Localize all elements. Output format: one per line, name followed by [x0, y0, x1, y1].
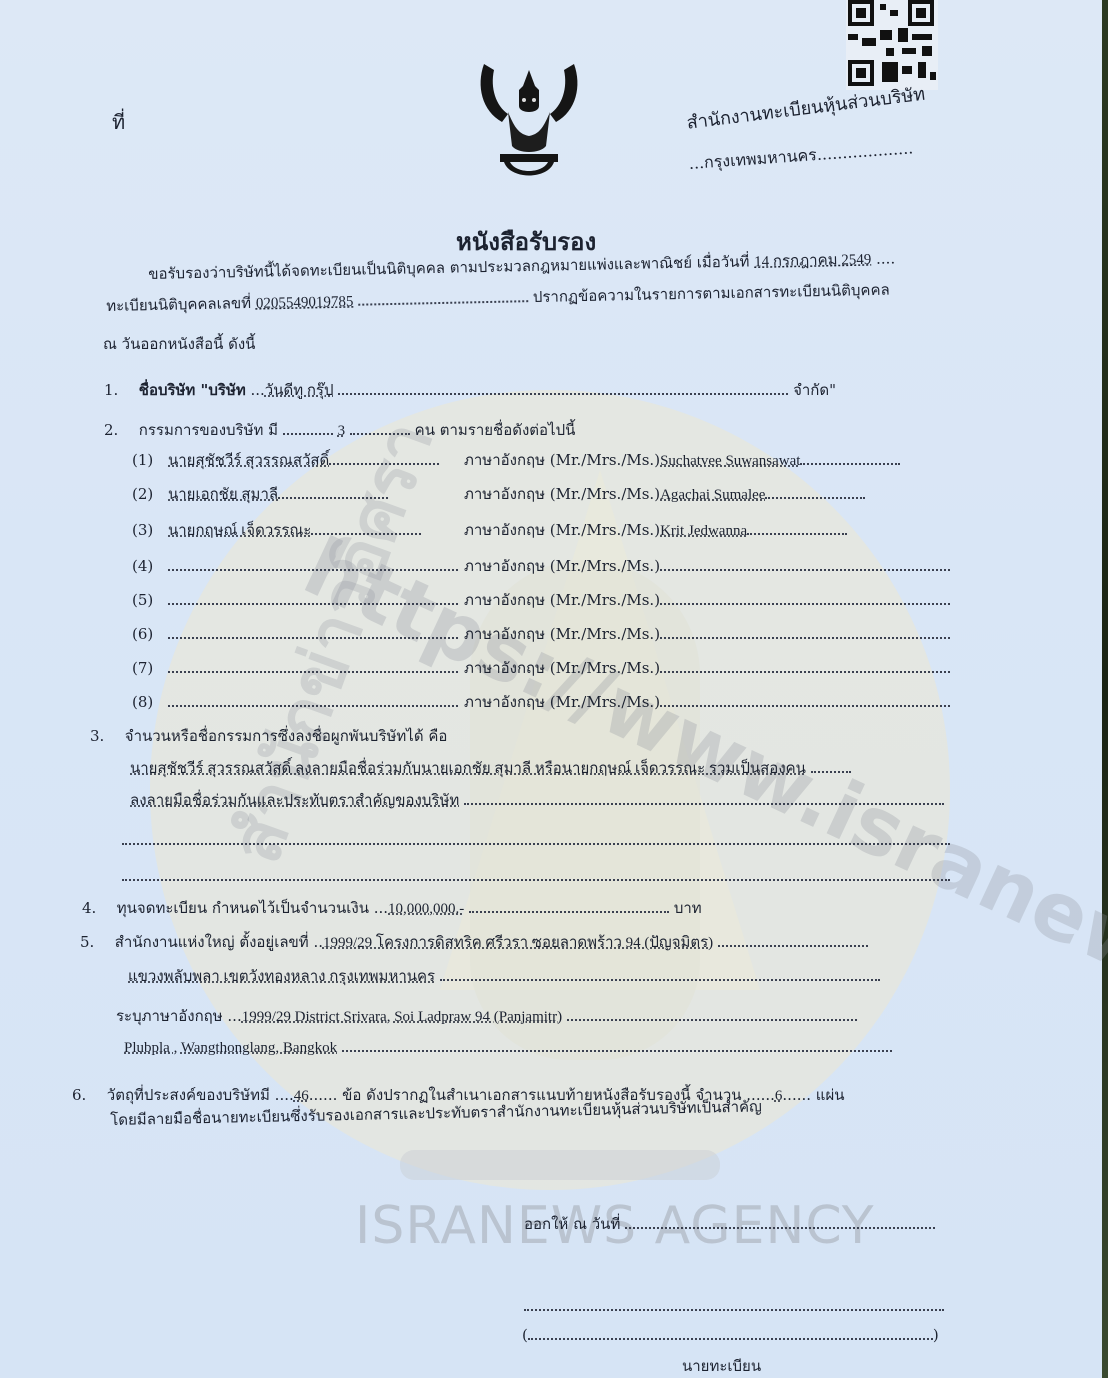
director-row: (8)ภาษาอังกฤษ (Mr./Mrs./Ms.) — [132, 690, 960, 714]
company-name-label: ชื่อบริษัท "บริษัท — [139, 381, 246, 399]
signatory-rule-2: ลงลายมือชื่อร่วมกันและประทับตราสำคัญของบ… — [130, 793, 459, 809]
head-office-label: สำนักงานแห่งใหญ่ ตั้งอยู่เลขที่ — [115, 933, 309, 951]
director-count: 3 — [338, 423, 346, 439]
director-english-name — [660, 625, 960, 644]
director-thai-name: นายเอกชัย สุมาลี — [168, 482, 464, 506]
address-en-row-2: Plubpla , Wangthonglang, Bangkok — [124, 1038, 892, 1057]
item-3-signatory-label: 3. จำนวนหรือชื่อกรรมการซึ่งลงชื่อผูกพันบ… — [90, 724, 447, 748]
registration-number-label: ทะเบียนนิติบุคคลเลขที่ — [106, 294, 251, 315]
company-suffix: จำกัด" — [793, 381, 836, 399]
background-edge — [1102, 0, 1108, 1378]
director-index: (2) — [132, 485, 168, 503]
director-english-name — [660, 693, 960, 712]
director-english-name — [660, 557, 960, 576]
signatory-rule-1: นายสุชัชวีร์ สุวรรณสวัสดิ์ ลงลายมือชื่อร… — [130, 761, 806, 777]
objectives-label: วัตถุที่ประสงค์ของบริษัทมี — [107, 1086, 270, 1104]
director-row: (7)ภาษาอังกฤษ (Mr./Mrs./Ms.) — [132, 656, 960, 680]
item-1-company-name: 1. ชื่อบริษัท "บริษัท ...วันดีทู กรุ๊ป จ… — [104, 378, 836, 402]
registrar-title: นายทะเบียน — [682, 1354, 761, 1378]
director-english-name — [660, 659, 960, 678]
signature-line — [524, 1296, 944, 1315]
attachment-pages: 6 — [775, 1088, 783, 1104]
intro-line-3: ณ วันออกหนังสือนี้ ดังนี้ — [103, 332, 255, 356]
director-english-name: Agachai Sumalee — [660, 485, 960, 504]
director-index: (5) — [132, 591, 168, 609]
english-name-label: ภาษาอังกฤษ (Mr./Mrs./Ms.) — [464, 451, 660, 469]
english-address-label: ระบุภาษาอังกฤษ — [116, 1007, 223, 1025]
director-index: (3) — [132, 521, 168, 539]
director-index: (4) — [132, 557, 168, 575]
director-row: (1)นายสุชัชวีร์ สุวรรณสวัสดิ์ภาษาอังกฤษ … — [132, 448, 960, 472]
watermark-base — [400, 1150, 720, 1180]
director-row: (6)ภาษาอังกฤษ (Mr./Mrs./Ms.) — [132, 622, 960, 646]
director-row: (4)ภาษาอังกฤษ (Mr./Mrs./Ms.) — [132, 554, 960, 578]
director-thai-name — [168, 625, 464, 644]
director-row: (3)นายกฤษณ์ เจ็ดวรรณะภาษาอังกฤษ (Mr./Mrs… — [132, 518, 960, 542]
director-english-name — [660, 591, 960, 610]
capital-unit: บาท — [674, 899, 702, 917]
item-number: 3. — [90, 727, 120, 745]
director-index: (1) — [132, 451, 168, 469]
director-english-name: Suchatvee Suwansawat — [660, 451, 960, 470]
address-th-line-1: 1999/29 โครงการดิสทริค ศรีวรา ซอยลาดพร้า… — [323, 935, 713, 951]
address-th-line-2: แขวงพลับพลา เขตวังทองหลาง กรุงเทพมหานคร — [128, 969, 435, 985]
issued-date-field — [625, 1219, 935, 1229]
signatory-rule-line-2: ลงลายมือชื่อร่วมกันและประทับตราสำคัญของบ… — [130, 788, 944, 812]
director-index: (6) — [132, 625, 168, 643]
item-number: 1. — [104, 381, 134, 399]
item-number: 4. — [82, 899, 112, 917]
address-en-line-2: Plubpla , Wangthonglang, Bangkok — [124, 1040, 337, 1056]
intro-suffix: ปรากฏข้อความในรายการตามเอกสารทะเบียนนิติ… — [533, 281, 890, 306]
directors-suffix: คน ตามรายชื่อดังต่อไปนี้ — [415, 421, 576, 439]
english-name-label: ภาษาอังกฤษ (Mr./Mrs./Ms.) — [464, 659, 660, 677]
english-name-label: ภาษาอังกฤษ (Mr./Mrs./Ms.) — [464, 591, 660, 609]
director-thai-name: นายกฤษณ์ เจ็ดวรรณะ — [168, 518, 464, 542]
registrar-name-row: () — [522, 1326, 939, 1344]
office-location-value: กรุงเทพมหานคร — [703, 145, 817, 172]
capital-amount: 10,000,000.- — [388, 901, 464, 917]
paren-close: ) — [933, 1326, 939, 1344]
directors-label: กรรมการของบริษัท มี — [139, 421, 278, 439]
issued-date-label: ออกให้ ณ วันที่ — [524, 1215, 620, 1233]
blank-line — [122, 830, 950, 849]
english-name-label: ภาษาอังกฤษ (Mr./Mrs./Ms.) — [464, 485, 660, 503]
signatory-label: จำนวนหรือชื่อกรรมการซึ่งลงชื่อผูกพันบริษ… — [125, 727, 448, 745]
qr-code-icon — [846, 0, 938, 90]
director-thai-name — [168, 557, 464, 576]
issued-date-row: ออกให้ ณ วันที่ — [524, 1212, 935, 1236]
director-thai-name — [168, 659, 464, 678]
registration-date: 14 กรกฎาคม 2549 — [754, 252, 871, 270]
director-row: (5)ภาษาอังกฤษ (Mr./Mrs./Ms.) — [132, 588, 960, 612]
objectives-count: 46 — [294, 1088, 309, 1104]
signatory-rule-line-1: นายสุชัชวีร์ สุวรรณสวัสดิ์ ลงลายมือชื่อร… — [130, 756, 851, 780]
address-en-line-1: 1999/29 District Srivara, Soi Ladpraw 94… — [242, 1009, 562, 1025]
capital-label: ทุนจดทะเบียน กำหนดไว้เป็นจำนวนเงิน — [117, 899, 369, 917]
english-name-label: ภาษาอังกฤษ (Mr./Mrs./Ms.) — [464, 521, 660, 539]
reference-label: ที่ — [112, 106, 125, 138]
english-name-label: ภาษาอังกฤษ (Mr./Mrs./Ms.) — [464, 625, 660, 643]
director-thai-name — [168, 693, 464, 712]
address-th-row-2: แขวงพลับพลา เขตวังทองหลาง กรุงเทพมหานคร — [128, 964, 880, 988]
pages-unit: แผ่น — [816, 1086, 845, 1104]
english-name-label: ภาษาอังกฤษ (Mr./Mrs./Ms.) — [464, 557, 660, 575]
garuda-emblem-icon — [474, 56, 584, 184]
item-4-capital: 4. ทุนจดทะเบียน กำหนดไว้เป็นจำนวนเงิน ..… — [82, 896, 702, 920]
item-number: 2. — [104, 421, 134, 439]
english-name-label: ภาษาอังกฤษ (Mr./Mrs./Ms.) — [464, 693, 660, 711]
item-5-head-office: 5. สำนักงานแห่งใหญ่ ตั้งอยู่เลขที่ ..199… — [80, 930, 868, 954]
director-index: (7) — [132, 659, 168, 677]
blank-line — [122, 866, 950, 885]
director-index: (8) — [132, 693, 168, 711]
director-row: (2)นายเอกชัย สุมาลีภาษาอังกฤษ (Mr./Mrs./… — [132, 482, 960, 506]
director-thai-name: นายสุชัชวีร์ สุวรรณสวัสดิ์ — [168, 448, 464, 472]
item-2-directors-header: 2. กรรมการของบริษัท มี 3 คน ตามรายชื่อดั… — [104, 418, 575, 442]
address-en-row-1: ระบุภาษาอังกฤษ ...1999/29 District Sriva… — [116, 1004, 857, 1028]
director-thai-name — [168, 591, 464, 610]
item-number: 6. — [72, 1070, 102, 1104]
registration-number: 0205549019785 — [256, 294, 354, 312]
director-english-name: Krit Jedwanna — [660, 521, 960, 540]
item-number: 5. — [80, 933, 110, 951]
company-name: วันดีทู กรุ๊ป — [265, 383, 334, 399]
